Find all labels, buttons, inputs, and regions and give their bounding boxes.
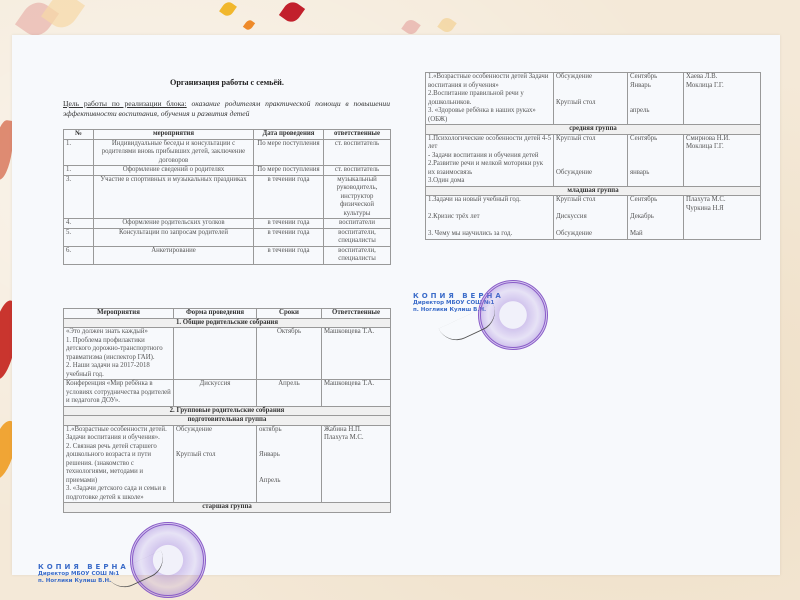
table-cell: Участие в спортивных и музыкальных празд…: [94, 175, 254, 219]
group-meetings-table-continued: 1.«Возрастные особенности детей Задачи в…: [425, 72, 761, 240]
leaf-decoration: [437, 15, 456, 34]
table-cell: По мере поступления: [254, 166, 324, 176]
meetings-table: МероприятияФорма проведенияСрокиОтветств…: [63, 308, 391, 513]
table-cell: в течении года: [254, 228, 324, 246]
section-row: подготовительная группа: [64, 416, 391, 426]
goal-label: Цель работы по реализации блока:: [63, 99, 187, 108]
column-header: Форма проведения: [174, 309, 257, 319]
table-row: «Это должен знать каждый» 1. Проблема пр…: [64, 328, 391, 380]
table-cell: воспитатели, специалисты: [324, 228, 391, 246]
table-cell: Хаева Л.В. Моклица Г.Г.: [684, 73, 761, 125]
column-header: мероприятия: [94, 130, 254, 140]
table-cell: Круглый стол Дискуссия Обсуждение: [554, 196, 628, 240]
table-row: 1.Индивидуальные беседы и консультации с…: [64, 139, 391, 166]
leaf-decoration: [243, 19, 255, 32]
table-cell: воспитатели: [324, 219, 391, 229]
table-cell: 1.: [64, 139, 94, 166]
table-row: 1.«Возрастные особенности детей. Задачи …: [64, 425, 391, 503]
document-title: Организация работы с семьёй.: [170, 78, 284, 87]
events-table: №мероприятияДата проведенияответственные…: [63, 129, 391, 265]
table-cell: Анкетирование: [94, 246, 254, 264]
section-title: младшая группа: [426, 186, 761, 196]
table-cell: Машковцева Т.А.: [322, 328, 391, 380]
table-cell: 1.Задачи на новый учебный год. 2.Кризис …: [426, 196, 554, 240]
table-row: 5.Консультации по запросам родителейв те…: [64, 228, 391, 246]
table-cell: Смирнова Н.И. Моклица Г.Г.: [684, 134, 761, 186]
table-cell: Конференция «Мир ребёнка в условиях сотр…: [64, 380, 174, 407]
section-row: 1. Общие родительские собрания: [64, 318, 391, 328]
table-cell: Плахута М.С. Чуркина Н.Я: [684, 196, 761, 240]
leaf-decoration: [219, 0, 237, 18]
section-title: средняя группа: [426, 125, 761, 135]
section-title: подготовительная группа: [64, 416, 391, 426]
leaf-decoration: [401, 17, 420, 36]
table-cell: в течении года: [254, 219, 324, 229]
table-cell: 6.: [64, 246, 94, 264]
table-cell: в течении года: [254, 175, 324, 219]
table-cell: 5.: [64, 228, 94, 246]
table-cell: Машковцева Т.А.: [322, 380, 391, 407]
table-cell: По мере поступления: [254, 139, 324, 166]
table-cell: ст. воспитатель: [324, 139, 391, 166]
table-cell: Индивидуальные беседы и консультации с р…: [94, 139, 254, 166]
table-cell: Обсуждение Круглый стол: [174, 425, 257, 503]
table-cell: Сентябрь Декабрь Май: [628, 196, 684, 240]
table-row: 1.Задачи на новый учебный год. 2.Кризис …: [426, 196, 761, 240]
table-cell: 1.«Возрастные особенности детей Задачи в…: [426, 73, 554, 125]
leaf-decoration: [279, 0, 305, 25]
column-header: №: [64, 130, 94, 140]
table-cell: Жабина Н.П. Плахута М.С.: [322, 425, 391, 503]
table-cell: музыкальный руководитель, инструктор физ…: [324, 175, 391, 219]
section-title: старшая группа: [64, 503, 391, 513]
table-cell: Консультации по запросам родителей: [94, 228, 254, 246]
table-cell: Оформление сведений о родителях: [94, 166, 254, 176]
section-title: 1. Общие родительские собрания: [64, 318, 391, 328]
table-cell: 1.«Возрастные особенности детей. Задачи …: [64, 425, 174, 503]
table-cell: Дискуссия: [174, 380, 257, 407]
table-cell: [174, 328, 257, 380]
table-cell: Апрель: [257, 380, 322, 407]
table-row: 1.«Возрастные особенности детей Задачи в…: [426, 73, 761, 125]
table-cell: 1.: [64, 166, 94, 176]
section-row: 2. Групповые родительские собрания: [64, 406, 391, 416]
section-title: 2. Групповые родительские собрания: [64, 406, 391, 416]
table-row: 3.Участие в спортивных и музыкальных пра…: [64, 175, 391, 219]
table-cell: Обсуждение Круглый стол: [554, 73, 628, 125]
table-row: 1.Психологические особенности детей 4-5 …: [426, 134, 761, 186]
table-row: 6.Анкетированиев течении годавоспитатели…: [64, 246, 391, 264]
table-cell: воспитатели, специалисты: [324, 246, 391, 264]
table-cell: Октябрь: [257, 328, 322, 380]
column-header: Сроки: [257, 309, 322, 319]
table-cell: Оформление родительских уголков: [94, 219, 254, 229]
table-row: Конференция «Мир ребёнка в условиях сотр…: [64, 380, 391, 407]
goal-paragraph: Цель работы по реализации блока: оказани…: [63, 99, 390, 119]
table-cell: «Это должен знать каждый» 1. Проблема пр…: [64, 328, 174, 380]
table-cell: 3.: [64, 175, 94, 219]
column-header: Ответственные: [322, 309, 391, 319]
section-row: старшая группа: [64, 503, 391, 513]
section-row: средняя группа: [426, 125, 761, 135]
column-header: Мероприятия: [64, 309, 174, 319]
column-header: Дата проведения: [254, 130, 324, 140]
table-cell: ст. воспитатель: [324, 166, 391, 176]
table-cell: Сентябрь Январь апрель: [628, 73, 684, 125]
table-cell: октябрь Январь Апрель: [257, 425, 322, 503]
left-page: Организация работы с семьёй. Цель работы…: [60, 60, 390, 580]
table-cell: Сентябрь январь: [628, 134, 684, 186]
table-row: 4.Оформление родительских уголковв течен…: [64, 219, 391, 229]
table-cell: 1.Психологические особенности детей 4-5 …: [426, 134, 554, 186]
table-cell: в течении года: [254, 246, 324, 264]
table-cell: Круглый стол Обсуждение: [554, 134, 628, 186]
section-row: младшая группа: [426, 186, 761, 196]
table-cell: 4.: [64, 219, 94, 229]
table-row: 1.Оформление сведений о родителяхПо мере…: [64, 166, 391, 176]
column-header: ответственные: [324, 130, 391, 140]
